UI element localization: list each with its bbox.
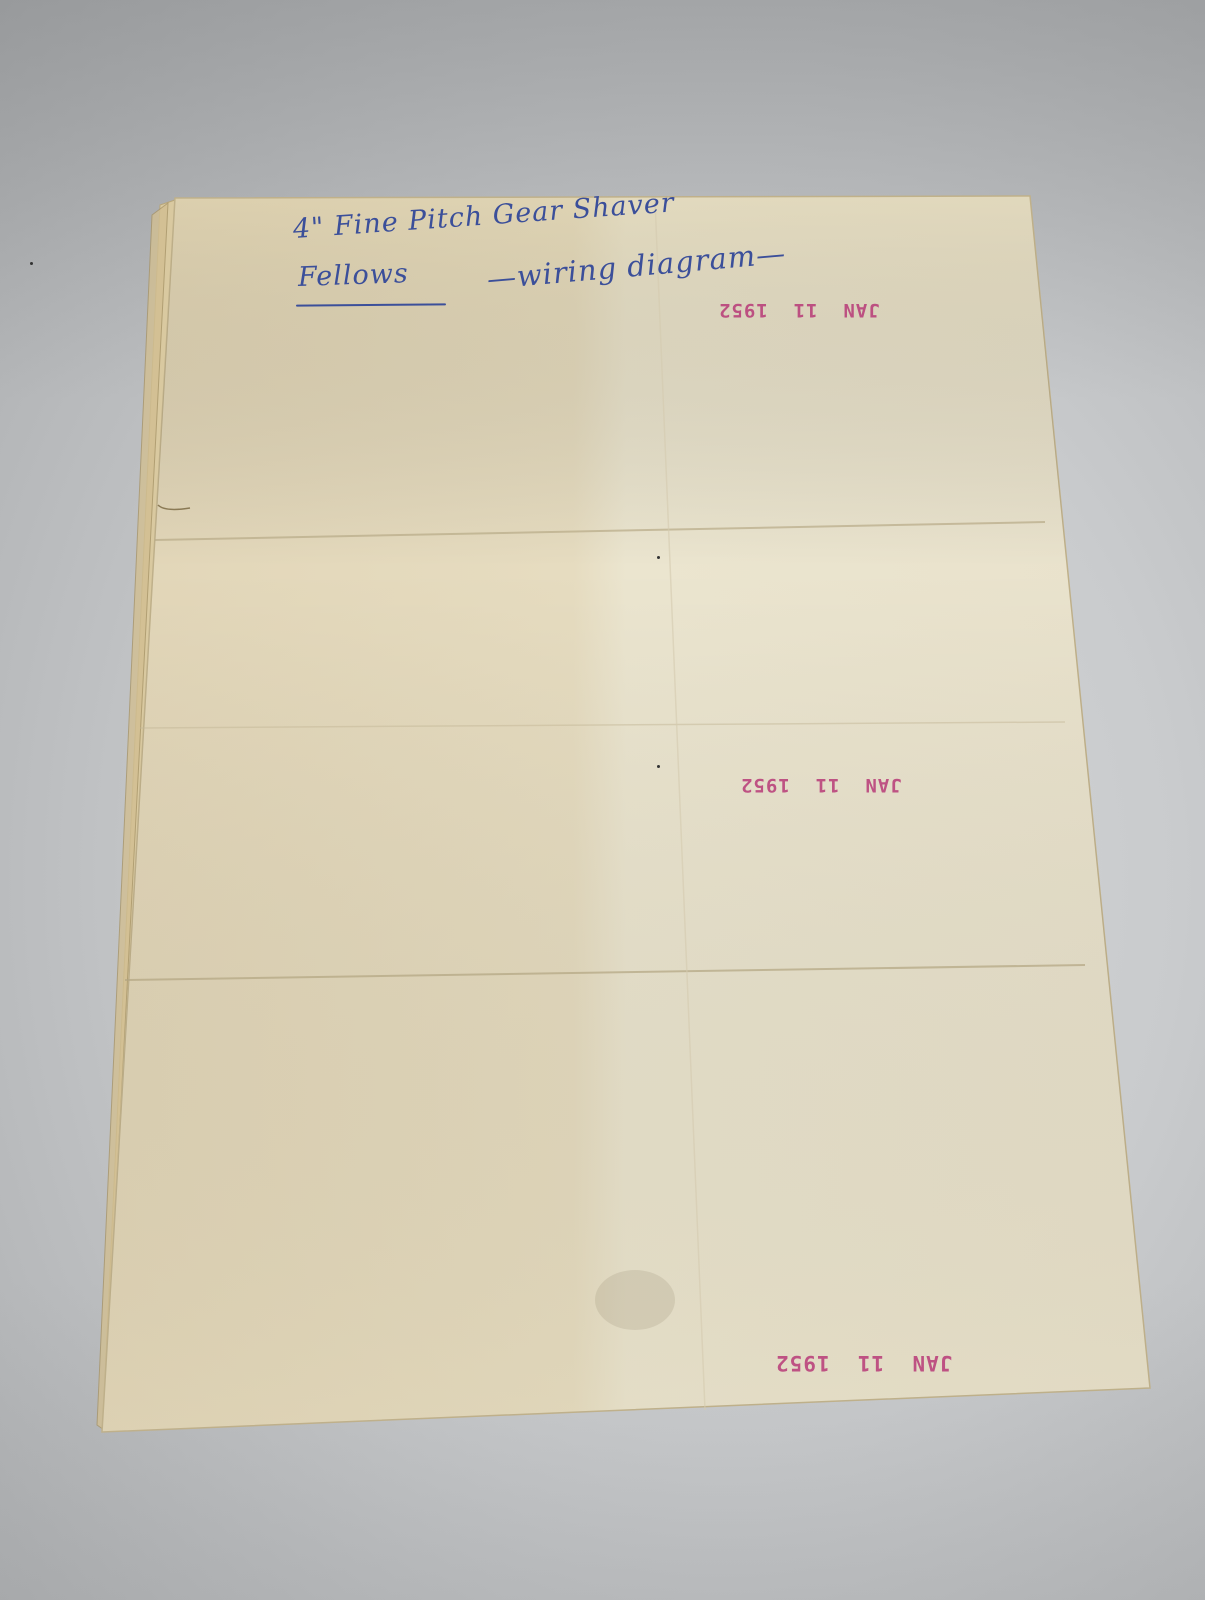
date-stamp: JAN 11 1952 [775, 1351, 952, 1375]
surface-speck [30, 262, 33, 265]
paper-speck [657, 556, 660, 559]
date-stamp: JAN 11 1952 [740, 774, 902, 796]
handwritten-manufacturer: Fellows [297, 258, 409, 293]
date-stamp: JAN 11 1952 [718, 299, 880, 321]
paper-sheet [0, 0, 1205, 1600]
paper-speck [657, 765, 660, 768]
